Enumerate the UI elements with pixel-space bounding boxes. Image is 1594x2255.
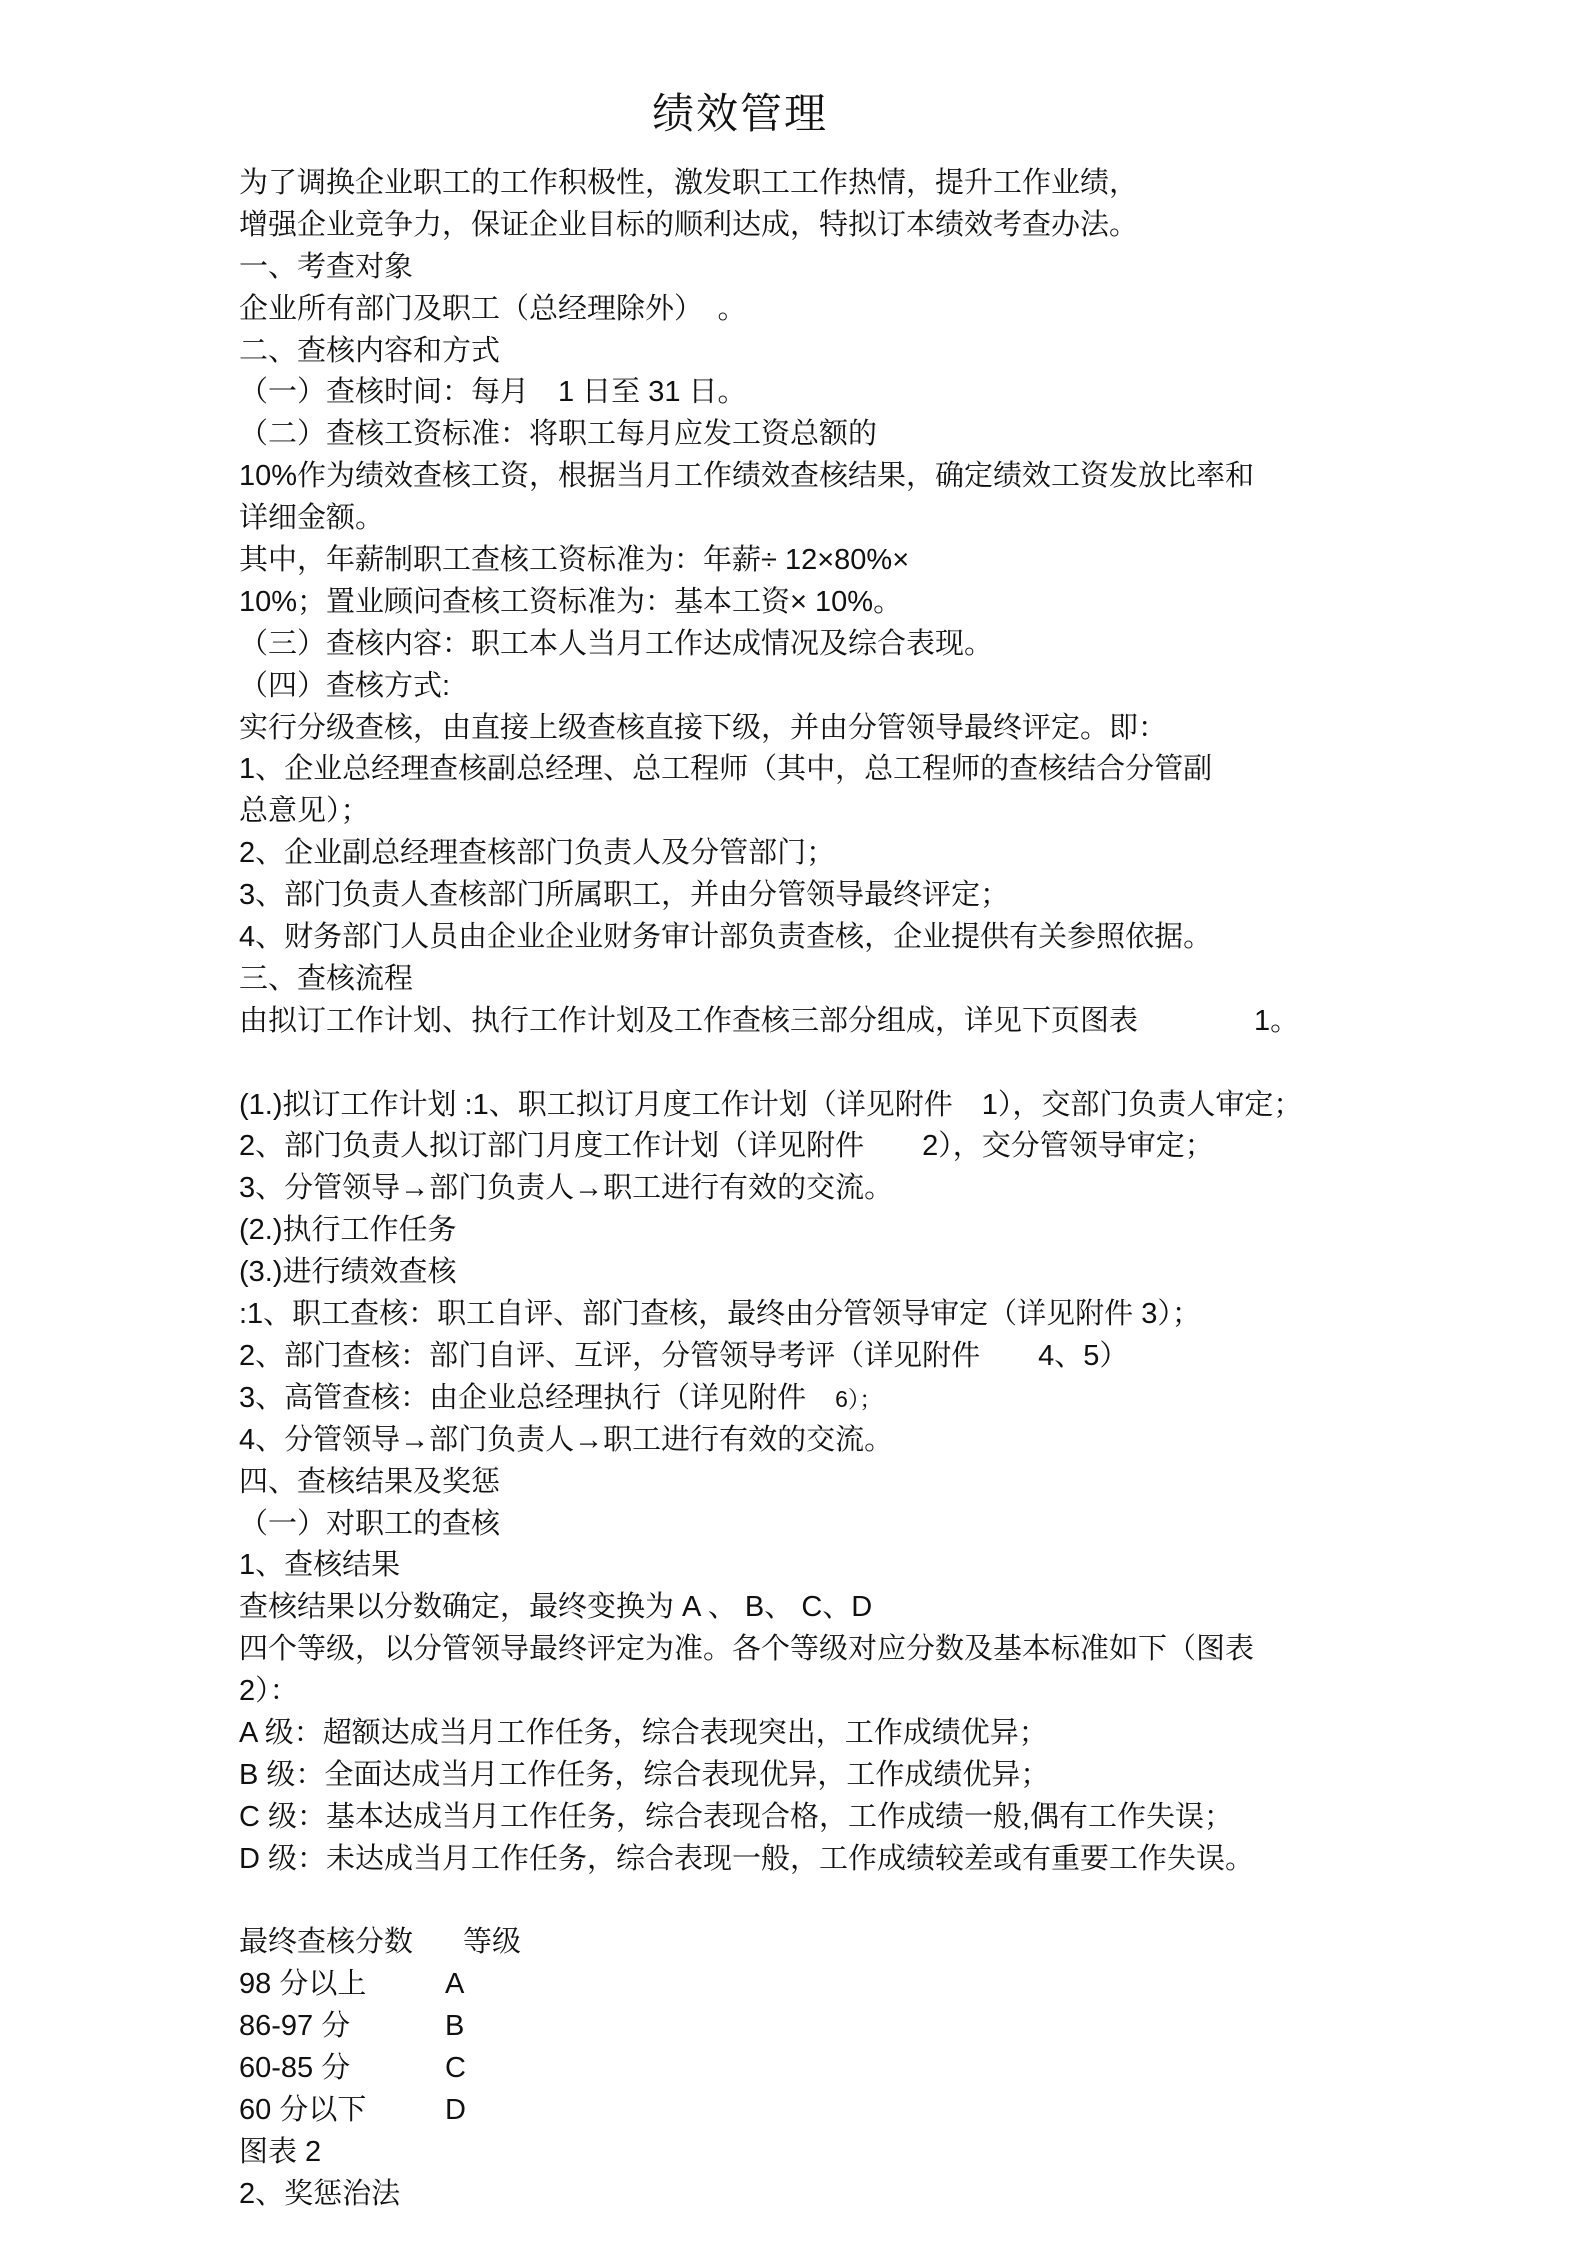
- text-line: （四）查核方式:: [239, 666, 1594, 708]
- text-line: （一）对职工的查核: [239, 1504, 1594, 1546]
- text-line: B 级：全面达成当月工作任务，综合表现优异，工作成绩优异；: [239, 1755, 1594, 1797]
- text-line: 一、考查对象: [239, 247, 1594, 289]
- text-line: C 级：基本达成当月工作任务，综合表现合格，工作成绩一般,偶有工作失误；: [239, 1797, 1594, 1839]
- text-line: 三、查核流程: [239, 959, 1594, 1001]
- grade-table-row: 86-97 分B: [239, 2006, 1594, 2048]
- grade-table-row: 60 分以下D: [239, 2090, 1594, 2132]
- score-column-header: 最终查核分数: [239, 1922, 463, 1964]
- text-line: A 级：超额达成当月工作任务，综合表现突出，工作成绩优异；: [239, 1713, 1594, 1755]
- text-line: 3、分管领导→部门负责人→职工进行有效的交流。: [239, 1168, 1594, 1210]
- document-body: 为了调换企业职工的工作积极性，激发职工工作热情，提升工作业绩，增强企业竞争力，保…: [0, 163, 1594, 2216]
- text-line: 图表 2: [239, 2132, 1594, 2174]
- score-cell: 60-85 分: [239, 2048, 445, 2090]
- document-page: 绩效管理 为了调换企业职工的工作积极性，激发职工工作热情，提升工作业绩，增强企业…: [0, 0, 1594, 2255]
- text-line: 3、高管查核：由企业总经理执行（详见附件 6）；: [239, 1378, 1594, 1420]
- score-cell: 60 分以下: [239, 2090, 445, 2132]
- text-line: 为了调换企业职工的工作积极性，激发职工工作热情，提升工作业绩，: [239, 163, 1594, 205]
- text-line: 查核结果以分数确定，最终变换为 A 、 B、 C、D: [239, 1587, 1594, 1629]
- text-line: 2、部门负责人拟订部门月度工作计划（详见附件 2），交分管领导审定；: [239, 1126, 1594, 1168]
- grade-cell: B: [445, 2010, 464, 2042]
- text-line: 企业所有部门及职工（总经理除外） 。: [239, 289, 1594, 331]
- text-line: 10%；置业顾问查核工资标准为：基本工资× 10%。: [239, 582, 1594, 624]
- text-line: :1、职工查核：职工自评、部门查核，最终由分管领导审定（详见附件 3）；: [239, 1294, 1594, 1336]
- text-line: 增强企业竞争力，保证企业目标的顺利达成，特拟订本绩效考查办法。: [239, 205, 1594, 247]
- text-line: 2、奖惩治法: [239, 2174, 1594, 2216]
- text-line: 4、财务部门人员由企业企业财务审计部负责查核，企业提供有关参照依据。: [239, 917, 1594, 959]
- grade-cell: C: [445, 2052, 466, 2084]
- page-title: 绩效管理: [0, 0, 1480, 140]
- text-line: (1.)拟订工作计划 :1、职工拟订月度工作计划（详见附件 1），交部门负责人审…: [239, 1085, 1594, 1127]
- text-line: 4、分管领导→部门负责人→职工进行有效的交流。: [239, 1420, 1594, 1462]
- text-line: 2）：: [239, 1671, 1594, 1713]
- text-line: 3、部门负责人查核部门所属职工，并由分管领导最终评定；: [239, 875, 1594, 917]
- text-line: 实行分级查核，由直接上级查核直接下级，并由分管领导最终评定。即：: [239, 708, 1594, 750]
- text-line: 2、部门查核：部门自评、互评，分管领导考评（详见附件 4、5）: [239, 1336, 1594, 1378]
- text-line: 其中，年薪制职工查核工资标准为：年薪÷ 12×80%×: [239, 540, 1594, 582]
- text-line: 1、查核结果: [239, 1545, 1594, 1587]
- text-line: (2.)执行工作任务: [239, 1210, 1594, 1252]
- text-line: （一）查核时间：每月 1 日至 31 日。: [239, 372, 1594, 414]
- text-line: （三）查核内容：职工本人当月工作达成情况及综合表现。: [239, 624, 1594, 666]
- text-line: （二）查核工资标准：将职工每月应发工资总额的: [239, 414, 1594, 456]
- blank-line: [239, 1043, 1594, 1085]
- text-line: D 级：未达成当月工作任务，综合表现一般，工作成绩较差或有重要工作失误。: [239, 1839, 1594, 1881]
- text-line: (3.)进行绩效查核: [239, 1252, 1594, 1294]
- text-line: 二、查核内容和方式: [239, 331, 1594, 373]
- text-line: 2、企业副总经理查核部门负责人及分管部门；: [239, 833, 1594, 875]
- grade-table-header-row: 最终查核分数等级: [239, 1922, 1594, 1964]
- blank-line: [239, 1881, 1594, 1923]
- text-line: 总意见）；: [239, 791, 1594, 833]
- text-line: 详细金额。: [239, 498, 1594, 540]
- grade-table-row: 98 分以上A: [239, 1964, 1594, 2006]
- text-line: 1、企业总经理查核副总经理、总工程师（其中，总工程师的查核结合分管副: [239, 749, 1594, 791]
- text-line: 10%作为绩效查核工资，根据当月工作绩效查核结果，确定绩效工资发放比率和: [239, 456, 1594, 498]
- score-cell: 98 分以上: [239, 1964, 445, 2006]
- text-line: 四、查核结果及奖惩: [239, 1462, 1594, 1504]
- grade-cell: A: [445, 1968, 464, 2000]
- score-cell: 86-97 分: [239, 2006, 445, 2048]
- grade-column-header: 等级: [463, 1926, 521, 1958]
- text-line: 由拟订工作计划、执行工作计划及工作查核三部分组成，详见下页图表 1。: [239, 1001, 1594, 1043]
- grade-table-row: 60-85 分C: [239, 2048, 1594, 2090]
- small-text: 6）；: [835, 1386, 882, 1412]
- grade-cell: D: [445, 2094, 466, 2126]
- text-line: 四个等级，以分管领导最终评定为准。各个等级对应分数及基本标准如下（图表: [239, 1629, 1594, 1671]
